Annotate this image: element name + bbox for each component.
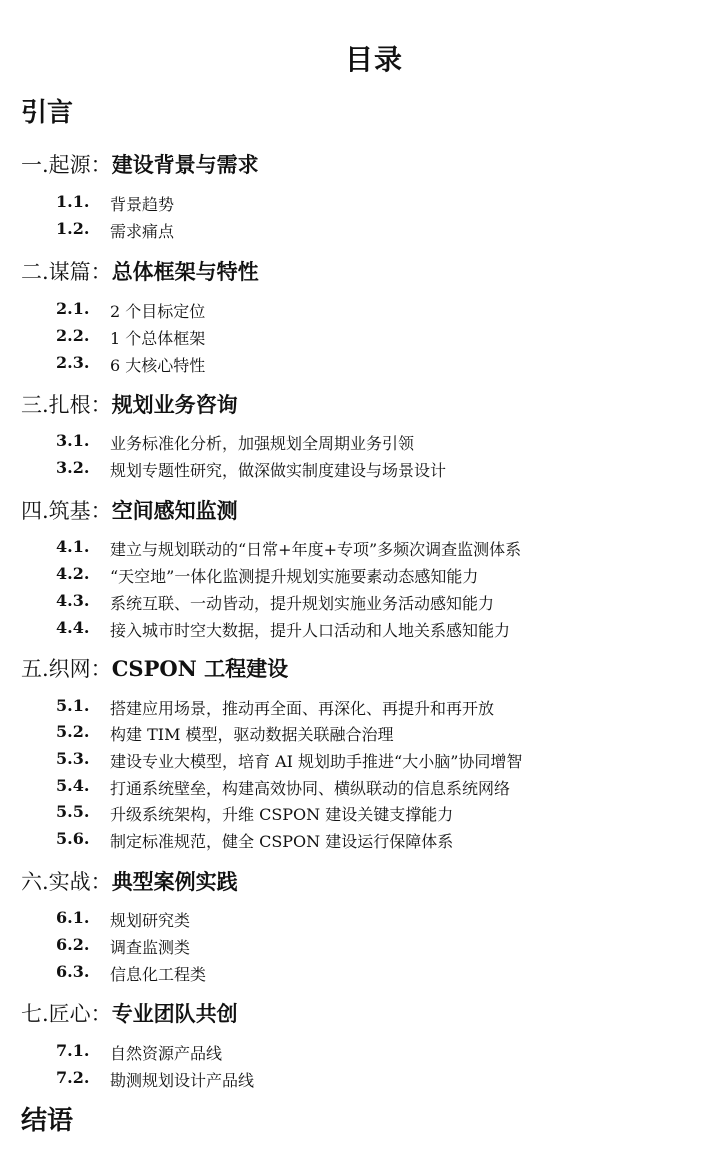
toc-item-4-3[interactable]: 4.3.系统互联、一动皆动，提升规划实施业务活动感知能力 (56, 591, 494, 614)
toc-item-3-2[interactable]: 3.2.规划专题性研究，做深做实制度建设与场景设计 (56, 458, 446, 481)
toc-item-2-2[interactable]: 2.2.1 个总体框架 (56, 326, 205, 349)
toc-item-4-1[interactable]: 4.1.建立与规划联动的“日常+年度+专项”多频次调查监测体系 (56, 537, 521, 560)
chapter-5[interactable]: 五.织网：CSPON 工程建设 (21, 653, 288, 683)
toc-item-5-5[interactable]: 5.5.升级系统架构，升维 CSPON 建设关键支撑能力 (56, 802, 453, 825)
toc-item-6-2[interactable]: 6.2.调查监测类 (56, 935, 190, 958)
toc-intro[interactable]: 引言 (21, 92, 73, 129)
chapter-6[interactable]: 六.实战：典型案例实践 (21, 866, 238, 896)
chapter-1[interactable]: 一.起源：建设背景与需求 (21, 149, 259, 179)
toc-item-1-2[interactable]: 1.2.需求痛点 (56, 219, 174, 242)
toc-title: 目录 (0, 38, 718, 78)
toc-item-1-1[interactable]: 1.1.背景趋势 (56, 192, 174, 215)
toc-item-3-1[interactable]: 3.1.业务标准化分析，加强规划全周期业务引领 (56, 431, 414, 454)
chapter-2[interactable]: 二.谋篇：总体框架与特性 (21, 256, 259, 286)
toc-item-4-2[interactable]: 4.2.“天空地”一体化监测提升规划实施要素动态感知能力 (56, 564, 478, 587)
chapter-3[interactable]: 三.扎根：规划业务咨询 (21, 389, 238, 419)
toc-item-4-4[interactable]: 4.4.接入城市时空大数据，提升人口活动和人地关系感知能力 (56, 618, 510, 641)
toc-item-5-6[interactable]: 5.6.制定标准规范，健全 CSPON 建设运行保障体系 (56, 829, 453, 852)
toc-conclusion[interactable]: 结语 (21, 1100, 73, 1137)
toc-item-6-3[interactable]: 6.3.信息化工程类 (56, 962, 206, 985)
toc-item-7-2[interactable]: 7.2.勘测规划设计产品线 (56, 1068, 254, 1091)
toc-item-5-4[interactable]: 5.4.打通系统壁垒，构建高效协同、横纵联动的信息系统网络 (56, 776, 510, 799)
chapter-4[interactable]: 四.筑基：空间感知监测 (21, 495, 238, 525)
toc-item-2-3[interactable]: 2.3.6 大核心特性 (56, 353, 205, 376)
toc-item-6-1[interactable]: 6.1.规划研究类 (56, 908, 190, 931)
toc-item-2-1[interactable]: 2.1.2 个目标定位 (56, 299, 205, 322)
toc-item-7-1[interactable]: 7.1.自然资源产品线 (56, 1041, 222, 1064)
toc-item-5-2[interactable]: 5.2.构建 TIM 模型，驱动数据关联融合治理 (56, 722, 394, 745)
chapter-7[interactable]: 七.匠心：专业团队共创 (21, 998, 238, 1028)
toc-item-5-1[interactable]: 5.1.搭建应用场景，推动再全面、再深化、再提升和再开放 (56, 696, 494, 719)
toc-item-5-3[interactable]: 5.3.建设专业大模型，培育 AI 规划助手推进“大小脑”协同增智 (56, 749, 522, 772)
